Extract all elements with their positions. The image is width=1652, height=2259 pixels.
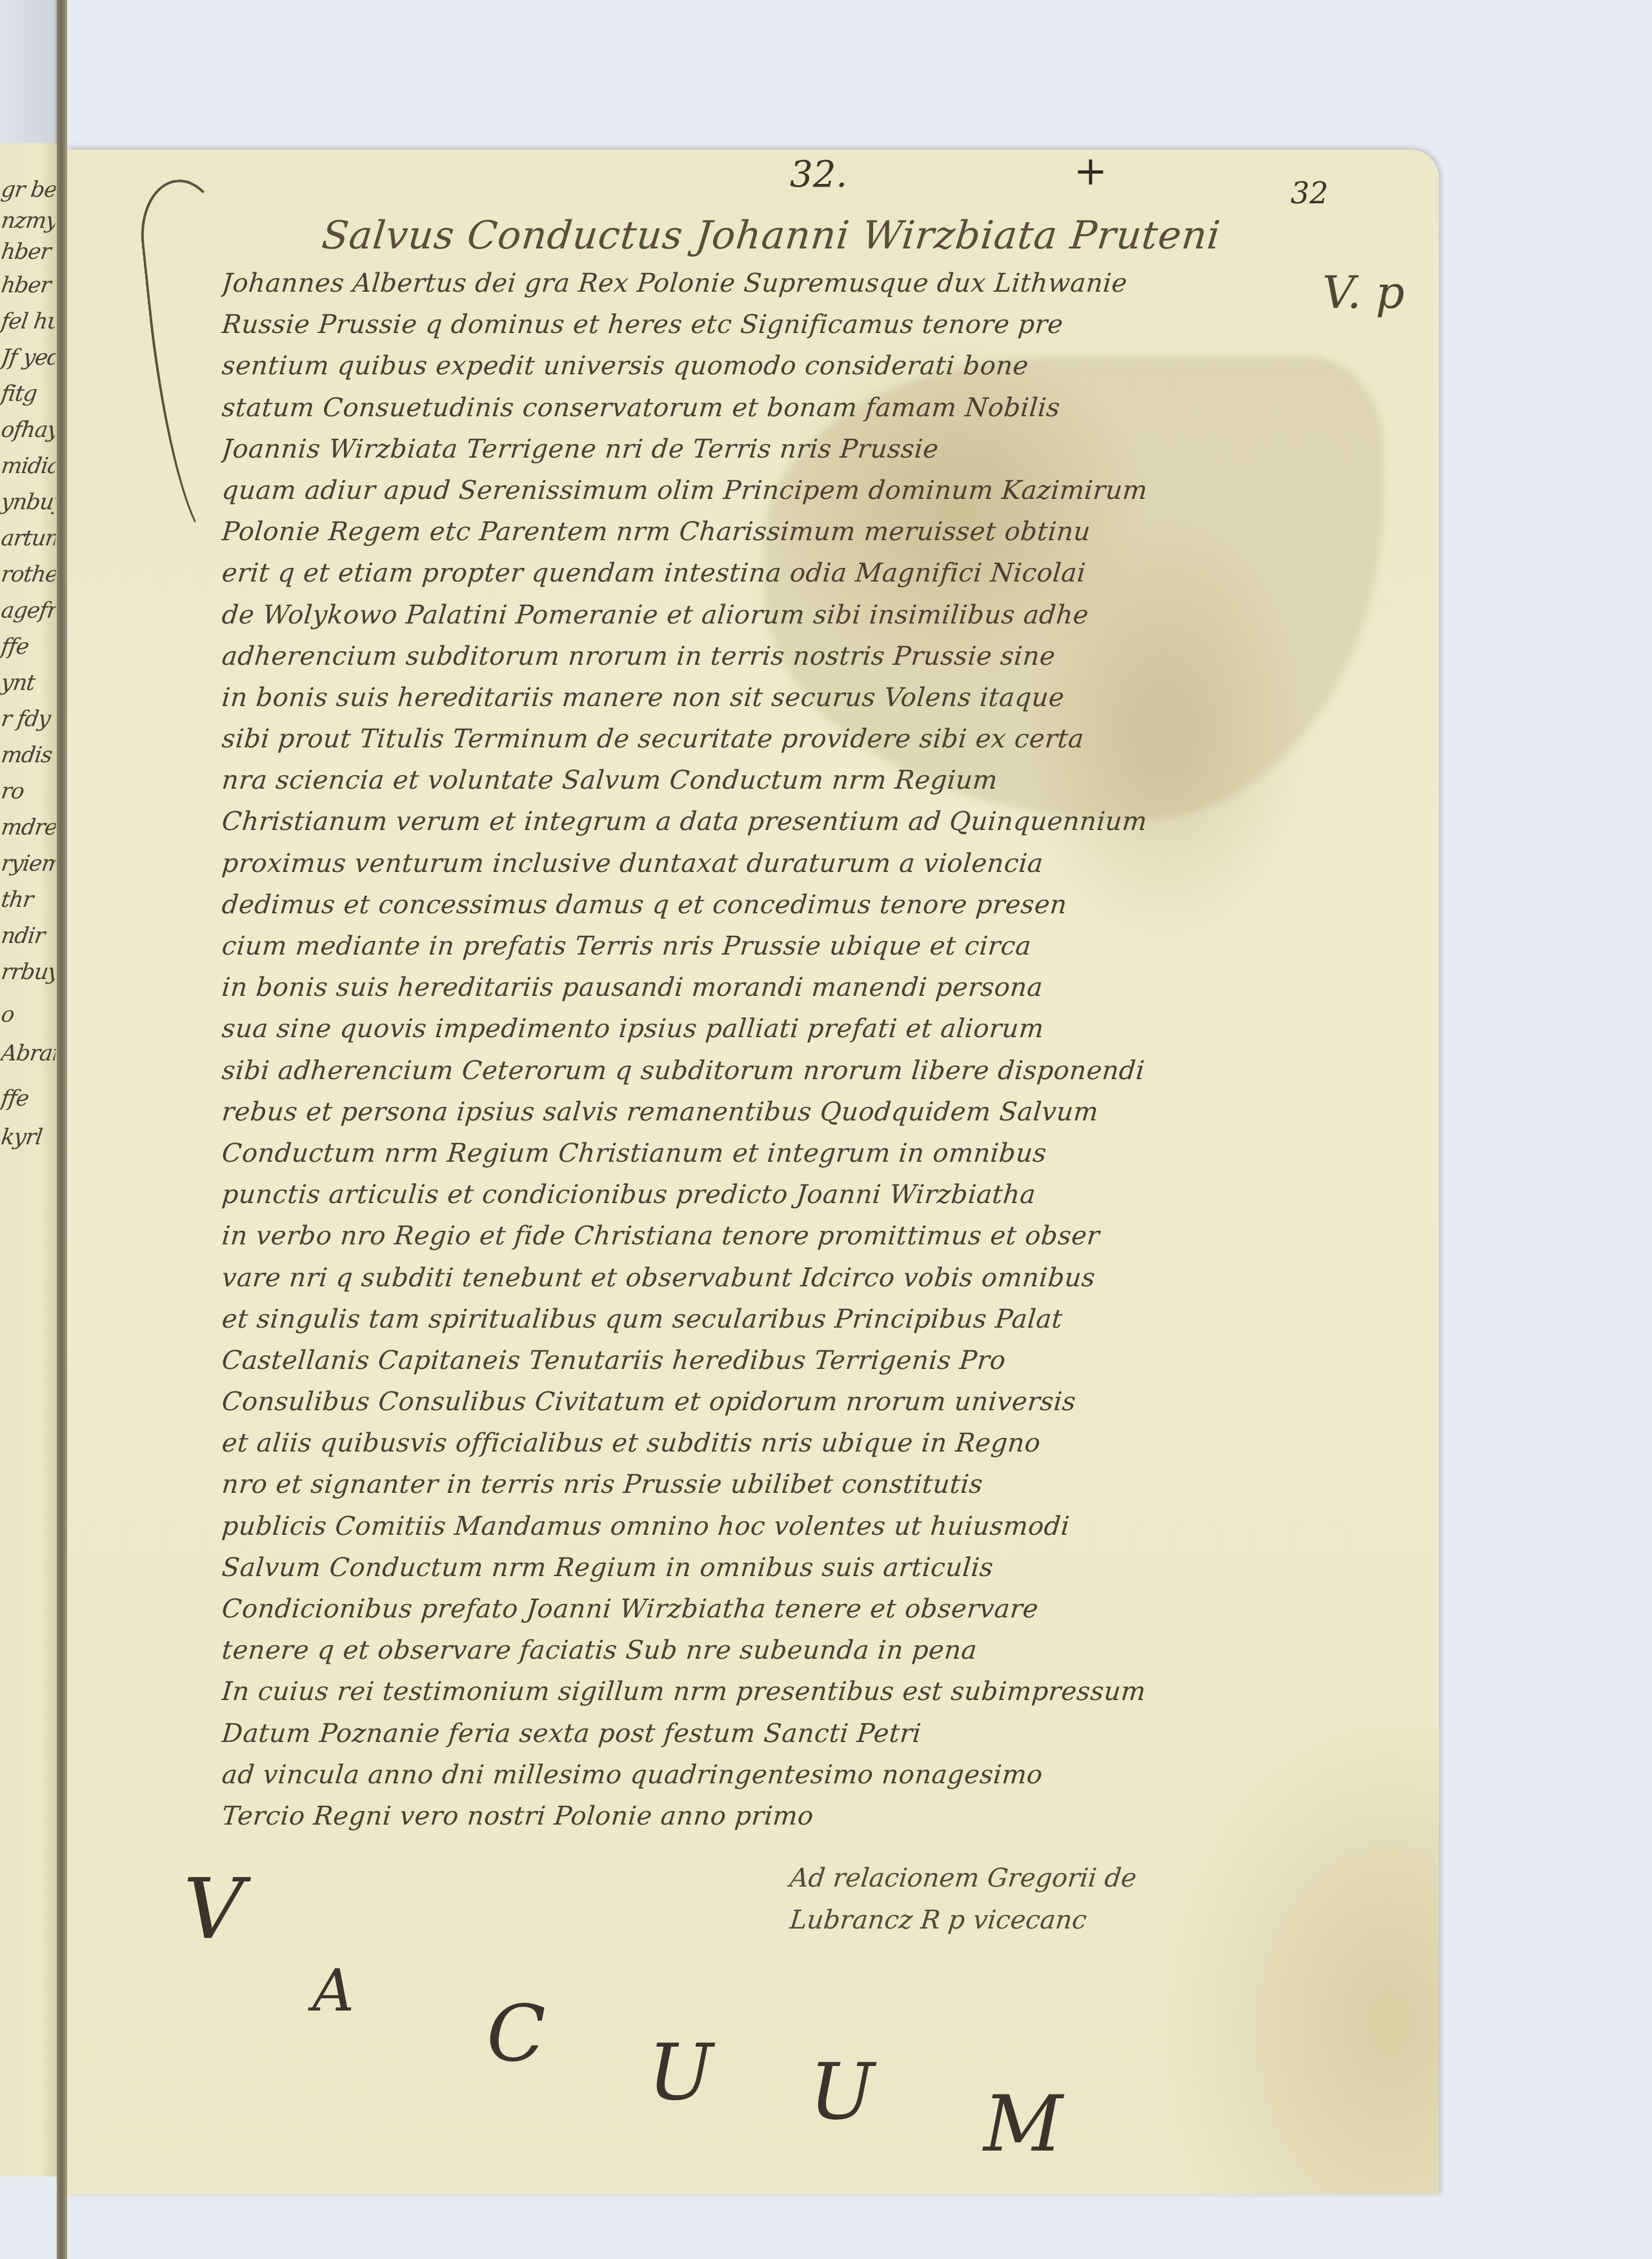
text-line: Condicionibus prefato Joanni Wirzbiatha …	[220, 1588, 1315, 1630]
text-line: vare nri q subditi tenebunt et observabu…	[220, 1257, 1315, 1299]
text-line: rebus et persona ipsius salvis remanenti…	[220, 1091, 1315, 1133]
text-line: dedimus et concessimus damus q et conced…	[220, 884, 1315, 926]
text-line: Johannes Albertus dei gra Rex Polonie Su…	[220, 263, 1315, 304]
pen-trial-letter: U	[809, 2047, 874, 2137]
text-line: et aliis quibusvis officialibus et subdi…	[220, 1423, 1315, 1464]
text-line: in bonis suis hereditariis manere non si…	[220, 677, 1315, 718]
facing-page-fragment: rrbuy	[0, 959, 57, 985]
facing-page-fragment: Abranj	[0, 1040, 57, 1066]
facing-page-fragment: ndir	[0, 923, 57, 949]
text-line: nro et signanter in terris nris Prussie …	[220, 1464, 1315, 1505]
facing-page-fragment: hber	[0, 239, 57, 265]
facing-page-fragment: ro	[0, 778, 57, 804]
text-line: nra sciencia et voluntate Salvum Conduct…	[220, 760, 1315, 801]
facing-page-fragment: mdis	[0, 742, 57, 768]
facing-page-fragment: hber	[0, 272, 57, 298]
body-text: Johannes Albertus dei gra Rex Polonie Su…	[222, 263, 1313, 1837]
text-line: adherencium subditorum nrorum in terris …	[220, 636, 1315, 677]
facing-page-sliver: gr ber nzmy hber hber fel hu Jf yedu fit…	[0, 143, 57, 2176]
facing-page-fragment: Jf yedu	[0, 345, 57, 370]
binding-gutter	[57, 0, 67, 2259]
text-line: proximus venturum inclusive duntaxat dur…	[220, 843, 1315, 884]
manuscript-leaf: 32. + 32 Salvus Conductus Johanni Wirzbi…	[67, 150, 1439, 2194]
margin-note: V. p	[1322, 266, 1405, 319]
facing-page-fragment: fel hu	[0, 309, 57, 334]
facing-page-fragment: ffe	[0, 634, 57, 660]
facing-page-fragment: ryiem	[0, 851, 57, 876]
folio-number-right: 32	[1291, 176, 1329, 210]
text-line: Conductum nrm Regium Christianum et inte…	[220, 1133, 1315, 1174]
facing-page-fragment: agefm	[0, 598, 57, 623]
pen-trial-letter: U	[648, 2028, 713, 2118]
text-line: tenere q et observare faciatis Sub nre s…	[220, 1630, 1315, 1671]
text-line: Castellanis Capitaneis Tenutariis heredi…	[220, 1340, 1315, 1381]
facing-page-fragment: gr ber	[0, 177, 57, 203]
text-line: sua sine quovis impedimento ipsius palli…	[220, 1008, 1315, 1049]
text-line: ad vincula anno dni millesimo quadringen…	[220, 1754, 1315, 1796]
facing-page-fragment: ofhay	[0, 417, 57, 443]
text-line: in verbo nro Regio et fide Christiana te…	[220, 1215, 1315, 1257]
cross-mark: +	[1074, 147, 1107, 194]
text-line: Consulibus Consulibus Civitatum et opido…	[220, 1381, 1315, 1423]
text-line: et singulis tam spiritualibus qum secula…	[220, 1299, 1315, 1340]
text-line: sibi prout Titulis Terminum de securitat…	[220, 718, 1315, 760]
text-line: Russie Prussie q dominus et heres etc Si…	[220, 304, 1315, 345]
facing-page-fragment: mdre	[0, 815, 57, 840]
text-line: Datum Poznanie feria sexta post festum S…	[220, 1713, 1315, 1754]
document-title: Salvus Conductus Johanni Wirzbiata Prute…	[319, 213, 1222, 258]
facing-page-fragment: thr	[0, 887, 57, 913]
text-line: quam adiur apud Serenissimum olim Princi…	[220, 470, 1315, 511]
facing-page-fragment: ffe	[0, 1086, 57, 1111]
text-line: Christianum verum et integrum a data pre…	[220, 801, 1315, 842]
text-line: publicis Comitiis Mandamus omnino hoc vo…	[220, 1506, 1315, 1547]
pen-trial-letter: C	[487, 1989, 546, 2079]
text-line: sibi adherencium Ceterorum q subditorum …	[220, 1050, 1315, 1091]
subscription-line: Ad relacionem Gregorii de	[789, 1863, 1138, 1893]
pen-trial-letter: A	[312, 1957, 354, 2025]
text-line: Polonie Regem etc Parentem nrm Charissim…	[220, 511, 1315, 552]
facing-page-fragment: ynt	[0, 670, 57, 696]
pen-trial-letter: M	[983, 2080, 1063, 2169]
text-line: in bonis suis hereditariis pausandi mora…	[220, 967, 1315, 1008]
text-line: erit q et etiam propter quendam intestin…	[220, 552, 1315, 594]
text-line: punctis articulis et condicionibus predi…	[220, 1174, 1315, 1215]
text-line: de Wolykowo Palatini Pomeranie et alioru…	[220, 594, 1315, 636]
text-line: Joannis Wirzbiata Terrigene nri de Terri…	[220, 429, 1315, 470]
text-line: statum Consuetudinis conservatorum et bo…	[220, 387, 1315, 429]
folio-number-center: 32.	[790, 154, 847, 196]
facing-page-fragment: ynbuy	[0, 489, 57, 515]
facing-page-fragment: r fdy	[0, 706, 57, 732]
text-line: Salvum Conductum nrm Regium in omnibus s…	[220, 1547, 1315, 1588]
facing-page-fragment: o	[0, 1002, 57, 1028]
facing-page-fragment: rothe	[0, 562, 57, 587]
facing-page-fragment: nzmy	[0, 208, 57, 234]
margin-mark-v: V	[183, 1860, 244, 1958]
facing-page-fragment: fitg	[0, 381, 57, 407]
facing-page-fragment: kyrl	[0, 1124, 57, 1150]
facing-page-fragment: midiay	[0, 453, 57, 479]
text-line: cium mediante in prefatis Terris nris Pr…	[220, 926, 1315, 967]
text-line: In cuius rei testimonium sigillum nrm pr…	[220, 1671, 1315, 1712]
text-line: Tercio Regni vero nostri Polonie anno pr…	[220, 1796, 1315, 1837]
subscription-line: Lubrancz R p vicecanc	[789, 1905, 1089, 1935]
facing-page-fragment: artuny	[0, 525, 57, 551]
text-line: sentium quibus expedit universis quomodo…	[220, 345, 1315, 387]
